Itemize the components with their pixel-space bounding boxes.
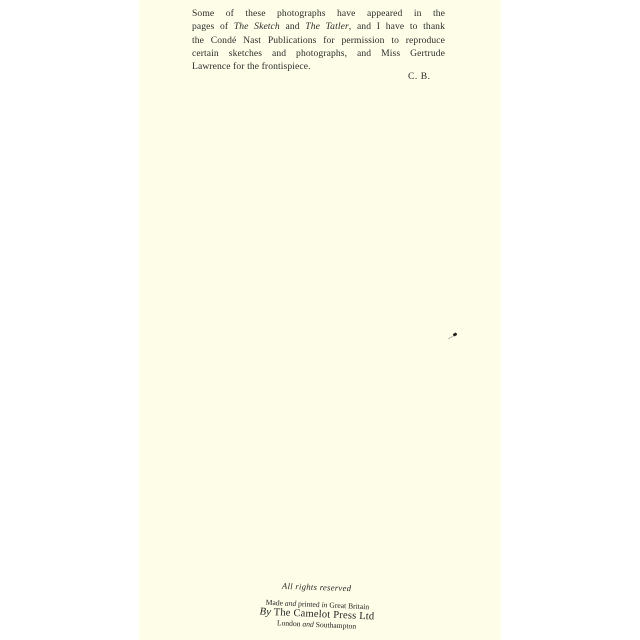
printer-imprint: Made and printed in Great Britain By The… xyxy=(256,597,377,631)
ack-line: the Condé Nast Publications for permissi… xyxy=(192,34,445,47)
book-page: Some of these photographs have appeared … xyxy=(139,0,501,640)
ink-speck-mark xyxy=(453,332,458,337)
publication-title: The Tatler xyxy=(305,21,349,32)
acknowledgement-paragraph: Some of these photographs have appeared … xyxy=(192,7,445,73)
ack-line: certain sketches and photographs, and Mi… xyxy=(192,47,445,60)
ack-line: Some of these photographs have appeared … xyxy=(192,7,445,20)
signature-initials: C. B. xyxy=(408,71,431,82)
ink-speck-mark xyxy=(448,336,453,339)
rights-notice: All rights reserved xyxy=(282,581,352,593)
ack-line: pages of The Sketch and The Tatler, and … xyxy=(192,20,445,33)
publication-title: The Sketch xyxy=(234,21,280,32)
